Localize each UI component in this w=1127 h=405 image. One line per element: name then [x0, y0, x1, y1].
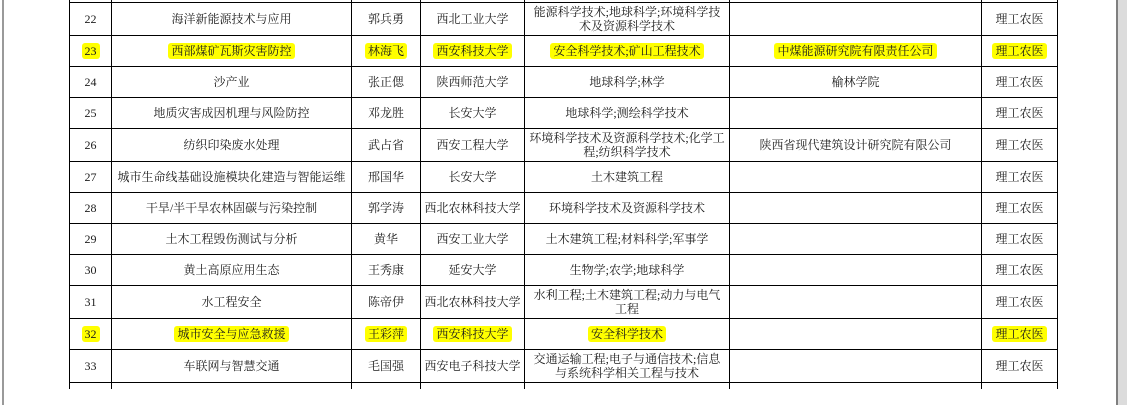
table-row: 32 城市安全与应急救援 王彩萍 西安科技大学 安全科学技术 理工农医 [70, 319, 1058, 350]
row-number-text: 27 [85, 170, 97, 184]
cell-research-topic: 城市生命线基础设施模块化建造与智能运维 [112, 162, 352, 193]
cell-disciplines: 地球科学;林学 [525, 67, 730, 98]
cell-person-name: 邢国华 [352, 162, 421, 193]
person-name-text: 林海飞 [365, 43, 407, 59]
university-text: 西北工业大学 [436, 12, 508, 26]
disciplines-text: 土木建筑工程 [591, 170, 663, 184]
cell-disciplines: 地球科学;测绘科学技术 [525, 98, 730, 129]
cell-university: 陕西师范大学 [421, 67, 525, 98]
document-table: 22 海洋新能源技术与应用 郭兵勇 西北工业大学 能源科学技术;地球科学;环境科… [69, 0, 1058, 389]
disciplines-text: 环境科学技术及资源科学技术;化学工程;纺织科学技术 [529, 131, 724, 159]
university-text: 西安电子科技大学 [424, 359, 520, 373]
cell-person-name: 邓龙胜 [352, 98, 421, 129]
cell-research-topic: 城市安全与应急救援 [112, 319, 352, 350]
disciplines-text: 地球科学;林学 [589, 75, 664, 89]
cell-organization [730, 286, 982, 319]
table-row: 29 土木工程毁伤测试与分析 黄华 西安工业大学 土木建筑工程;材料科学;军事学… [70, 224, 1058, 255]
cell-organization [730, 224, 982, 255]
cell-research-topic: 地质灾害成因机理与风险防控 [112, 98, 352, 129]
cell-university: 西安工程大学 [421, 129, 525, 162]
university-text: 西北农林科技大学 [424, 201, 520, 215]
table-row: 28 干旱/半干旱农林固碳与污染控制 郭学涛 西北农林科技大学 环境科学技术及资… [70, 193, 1058, 224]
cell-category: 理工农医 [982, 224, 1058, 255]
cell-research-topic: 水工程安全 [112, 286, 352, 319]
cell-disciplines: 生物学;农学;地球科学 [525, 255, 730, 286]
cell-disciplines: 能源科学技术;地球科学;环境科学技术及资源科学技术 [525, 3, 730, 36]
table-row: 25 地质灾害成因机理与风险防控 邓龙胜 长安大学 地球科学;测绘科学技术 理工… [70, 98, 1058, 129]
disciplines-text: 交通运输工程;电子与通信技术;信息与系统科学相关工程与技术 [534, 352, 721, 380]
cell-university: 西安电子科技大学 [421, 350, 525, 383]
category-text: 理工农医 [995, 138, 1043, 152]
research-topic-text: 黄土高原应用生态 [183, 263, 279, 277]
cell-person-name: 王秀康 [352, 255, 421, 286]
row-number-text: 25 [85, 106, 97, 120]
cell-university: 长安大学 [421, 162, 525, 193]
person-name-text: 毛国强 [368, 359, 404, 373]
university-text: 长安大学 [448, 106, 496, 120]
university-text: 西安科技大学 [433, 43, 511, 59]
category-text: 理工农医 [995, 201, 1043, 215]
row-number-text: 26 [85, 138, 97, 152]
cell-row-number: 24 [70, 67, 112, 98]
cell-row-number: 22 [70, 3, 112, 36]
row-number-text: 24 [85, 75, 97, 89]
university-text: 西北农林科技大学 [424, 295, 520, 309]
disciplines-text: 环境科学技术及资源科学技术 [549, 201, 705, 215]
category-text: 理工农医 [995, 359, 1043, 373]
cell-row-number: 32 [70, 319, 112, 350]
cell-person-name: 陈帝伊 [352, 286, 421, 319]
person-name-text: 王秀康 [368, 263, 404, 277]
cell-research-topic: 沙产业 [112, 67, 352, 98]
partial-cell [525, 383, 730, 390]
cell-category: 理工农医 [982, 286, 1058, 319]
cell-disciplines: 环境科学技术及资源科学技术 [525, 193, 730, 224]
document-table-wrapper: 22 海洋新能源技术与应用 郭兵勇 西北工业大学 能源科学技术;地球科学;环境科… [69, 0, 1058, 389]
research-topic-text: 车联网与智慧交通 [183, 359, 279, 373]
organization-text: 榆林学院 [831, 75, 879, 89]
cell-row-number: 27 [70, 162, 112, 193]
table-row: 33 车联网与智慧交通 毛国强 西安电子科技大学 交通运输工程;电子与通信技术;… [70, 350, 1058, 383]
research-topic-text: 土木工程毁伤测试与分析 [165, 232, 297, 246]
disciplines-text: 土木建筑工程;材料科学;军事学 [546, 232, 709, 246]
cell-person-name: 张正偲 [352, 67, 421, 98]
cell-category: 理工农医 [982, 129, 1058, 162]
cell-person-name: 郭学涛 [352, 193, 421, 224]
disciplines-text: 生物学;农学;地球科学 [570, 263, 685, 277]
cell-row-number: 26 [70, 129, 112, 162]
category-text: 理工农医 [995, 75, 1043, 89]
cell-disciplines: 安全科学技术 [525, 319, 730, 350]
cell-organization [730, 3, 982, 36]
cell-university: 长安大学 [421, 98, 525, 129]
disciplines-text: 安全科学技术 [588, 326, 666, 342]
table-body: 22 海洋新能源技术与应用 郭兵勇 西北工业大学 能源科学技术;地球科学;环境科… [70, 0, 1058, 389]
page-edge-shadow [1118, 0, 1127, 405]
row-number-text: 31 [85, 295, 97, 309]
category-text: 理工农医 [995, 170, 1043, 184]
row-number-text: 29 [85, 232, 97, 246]
cell-category: 理工农医 [982, 98, 1058, 129]
cell-category: 理工农医 [982, 36, 1058, 67]
table-row: 31 水工程安全 陈帝伊 西北农林科技大学 水利工程;土木建筑工程;动力与电气工… [70, 286, 1058, 319]
cell-organization [730, 98, 982, 129]
cell-row-number: 25 [70, 98, 112, 129]
cell-category: 理工农医 [982, 193, 1058, 224]
cell-research-topic: 纺织印染废水处理 [112, 129, 352, 162]
cell-research-topic: 海洋新能源技术与应用 [112, 3, 352, 36]
table-row: 23 西部煤矿瓦斯灾害防控 林海飞 西安科技大学 安全科学技术;矿山工程技术 中… [70, 36, 1058, 67]
research-topic-text: 西部煤矿瓦斯灾害防控 [168, 43, 294, 59]
category-text: 理工农医 [992, 326, 1046, 342]
cell-person-name: 郭兵勇 [352, 3, 421, 36]
cell-disciplines: 土木建筑工程;材料科学;军事学 [525, 224, 730, 255]
person-name-text: 郭学涛 [368, 201, 404, 215]
person-name-text: 郭兵勇 [368, 12, 404, 26]
cell-disciplines: 水利工程;土木建筑工程;动力与电气工程 [525, 286, 730, 319]
research-topic-text: 干旱/半干旱农林固碳与污染控制 [146, 201, 317, 215]
cell-university: 西安科技大学 [421, 319, 525, 350]
university-text: 西安工程大学 [436, 138, 508, 152]
research-topic-text: 水工程安全 [201, 295, 261, 309]
row-number-text: 30 [85, 263, 97, 277]
cell-research-topic: 黄土高原应用生态 [112, 255, 352, 286]
research-topic-text: 地质灾害成因机理与风险防控 [153, 106, 309, 120]
cell-person-name: 黄华 [352, 224, 421, 255]
cell-category: 理工农医 [982, 67, 1058, 98]
table-row: 27 城市生命线基础设施模块化建造与智能运维 邢国华 长安大学 土木建筑工程 理… [70, 162, 1058, 193]
university-text: 延安大学 [448, 263, 496, 277]
cell-disciplines: 土木建筑工程 [525, 162, 730, 193]
cell-row-number: 28 [70, 193, 112, 224]
category-text: 理工农医 [995, 12, 1043, 26]
category-text: 理工农医 [995, 263, 1043, 277]
cell-organization: 中煤能源研究院有限责任公司 [730, 36, 982, 67]
research-topic-text: 纺织印染废水处理 [183, 138, 279, 152]
row-number-text: 32 [82, 326, 100, 342]
research-topic-text: 城市生命线基础设施模块化建造与智能运维 [117, 170, 345, 184]
cell-disciplines: 交通运输工程;电子与通信技术;信息与系统科学相关工程与技术 [525, 350, 730, 383]
person-name-text: 邢国华 [368, 170, 404, 184]
cell-university: 西安工业大学 [421, 224, 525, 255]
university-text: 陕西师范大学 [436, 75, 508, 89]
partial-cell [730, 383, 982, 390]
page-left-edge [2, 0, 4, 405]
cell-university: 西北农林科技大学 [421, 193, 525, 224]
cell-row-number: 29 [70, 224, 112, 255]
cell-organization [730, 319, 982, 350]
document-page: { "page": { "background": "#ffffff", "hi… [0, 0, 1127, 405]
cell-category: 理工农医 [982, 255, 1058, 286]
row-number-text: 23 [82, 43, 100, 59]
university-text: 西安科技大学 [433, 326, 511, 342]
disciplines-text: 水利工程;土木建筑工程;动力与电气工程 [534, 288, 721, 316]
university-text: 西安工业大学 [436, 232, 508, 246]
table-row: 22 海洋新能源技术与应用 郭兵勇 西北工业大学 能源科学技术;地球科学;环境科… [70, 3, 1058, 36]
table-row: 30 黄土高原应用生态 王秀康 延安大学 生物学;农学;地球科学 理工农医 [70, 255, 1058, 286]
disciplines-text: 地球科学;测绘科学技术 [565, 106, 688, 120]
clipped-row-below [70, 383, 1058, 390]
row-number-text: 28 [85, 201, 97, 215]
cell-university: 西北工业大学 [421, 3, 525, 36]
table-row: 26 纺织印染废水处理 武占省 西安工程大学 环境科学技术及资源科学技术;化学工… [70, 129, 1058, 162]
category-text: 理工农医 [995, 295, 1043, 309]
research-topic-text: 海洋新能源技术与应用 [171, 12, 291, 26]
cell-row-number: 30 [70, 255, 112, 286]
cell-organization [730, 350, 982, 383]
cell-organization [730, 193, 982, 224]
cell-university: 延安大学 [421, 255, 525, 286]
category-text: 理工农医 [995, 106, 1043, 120]
person-name-text: 武占省 [368, 138, 404, 152]
table-row: 24 沙产业 张正偲 陕西师范大学 地球科学;林学 榆林学院 理工农医 [70, 67, 1058, 98]
row-number-text: 33 [85, 359, 97, 373]
category-text: 理工农医 [992, 43, 1046, 59]
person-name-text: 张正偲 [368, 75, 404, 89]
cell-row-number: 23 [70, 36, 112, 67]
cell-research-topic: 车联网与智慧交通 [112, 350, 352, 383]
cell-disciplines: 安全科学技术;矿山工程技术 [525, 36, 730, 67]
cell-research-topic: 干旱/半干旱农林固碳与污染控制 [112, 193, 352, 224]
cell-organization [730, 162, 982, 193]
organization-text: 中煤能源研究院有限责任公司 [774, 43, 936, 59]
cell-person-name: 毛国强 [352, 350, 421, 383]
partial-cell [421, 383, 525, 390]
row-number-text: 22 [85, 12, 97, 26]
cell-disciplines: 环境科学技术及资源科学技术;化学工程;纺织科学技术 [525, 129, 730, 162]
research-topic-text: 沙产业 [213, 75, 249, 89]
person-name-text: 邓龙胜 [368, 106, 404, 120]
cell-category: 理工农医 [982, 350, 1058, 383]
university-text: 长安大学 [448, 170, 496, 184]
organization-text: 陕西省现代建筑设计研究院有限公司 [759, 138, 951, 152]
cell-category: 理工农医 [982, 319, 1058, 350]
partial-cell [112, 383, 352, 390]
person-name-text: 黄华 [374, 232, 398, 246]
cell-university: 西北农林科技大学 [421, 286, 525, 319]
partial-cell [982, 383, 1058, 390]
cell-research-topic: 西部煤矿瓦斯灾害防控 [112, 36, 352, 67]
cell-organization [730, 255, 982, 286]
cell-category: 理工农医 [982, 162, 1058, 193]
cell-organization: 榆林学院 [730, 67, 982, 98]
cell-category: 理工农医 [982, 3, 1058, 36]
person-name-text: 陈帝伊 [368, 295, 404, 309]
disciplines-text: 能源科学技术;地球科学;环境科学技术及资源科学技术 [534, 5, 721, 33]
partial-cell [352, 383, 421, 390]
category-text: 理工农医 [995, 232, 1043, 246]
cell-person-name: 武占省 [352, 129, 421, 162]
disciplines-text: 安全科学技术;矿山工程技术 [550, 43, 703, 59]
cell-row-number: 31 [70, 286, 112, 319]
cell-organization: 陕西省现代建筑设计研究院有限公司 [730, 129, 982, 162]
cell-row-number: 33 [70, 350, 112, 383]
cell-university: 西安科技大学 [421, 36, 525, 67]
person-name-text: 王彩萍 [365, 326, 407, 342]
cell-person-name: 王彩萍 [352, 319, 421, 350]
partial-cell [70, 383, 112, 390]
research-topic-text: 城市安全与应急救援 [174, 326, 288, 342]
cell-research-topic: 土木工程毁伤测试与分析 [112, 224, 352, 255]
cell-person-name: 林海飞 [352, 36, 421, 67]
